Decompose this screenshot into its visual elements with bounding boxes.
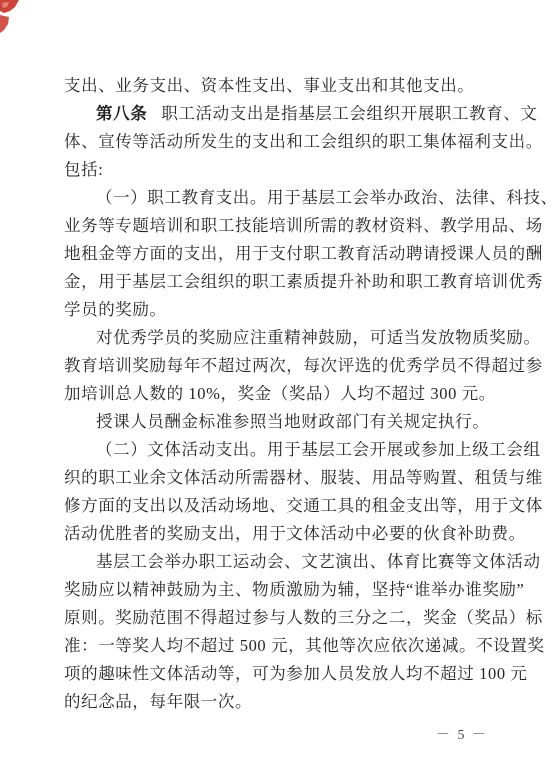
text-line: 项的趣味性文体活动等，可为参加人员发放人均不超过 100 元 [64,660,510,688]
document-body: 支出、业务支出、资本性支出、事业支出和其他支出。 第八条职工活动支出是指基层工会… [64,72,510,716]
text-line-content: 金，用于基层工会组织的职工素质提升补助和职工教育培训优秀 [64,272,543,291]
text-line: 支出、业务支出、资本性支出、事业支出和其他支出。 [64,72,510,100]
article-number: 第八条 [96,104,147,123]
text-line-content: （二）文体活动支出。用于基层工会开展或参加上级工会组 [96,440,541,459]
text-line: （二）文体活动支出。用于基层工会开展或参加上级工会组 [64,436,510,464]
text-line-content: 织的职工业余文体活动所需器材、服装、用品等购置、租赁与维 [64,468,543,487]
text-line: 体、宣传等活动所发生的支出和工会组织的职工集体福利支出。 [64,128,510,156]
text-line: 地租金等方面的支出，用于支付职工教育活动聘请授课人员的酬 [64,240,510,268]
text-line-content: 加培训总人数的 10%，奖金（奖品）人均不超过 300 元。 [64,384,496,403]
text-line-content: 教育培训奖励每年不超过两次，每次评选的优秀学员不得超过参 [64,356,543,375]
text-line-content: 职工活动支出是指基层工会组织开展职工教育、文 [161,104,537,123]
text-line: 的纪念品，每年限一次。 [64,688,510,716]
text-line-content: 支出、业务支出、资本性支出、事业支出和其他支出。 [64,76,474,95]
text-line-content: 准：一等奖人均不超过 500 元，其他等次应依次递减。不设置奖 [64,636,545,655]
text-line: 原则。奖励范围不得超过参与人数的三分之二，奖金（奖品）标 [64,604,510,632]
text-line-content: 奖励应以精神鼓励为主、物质激励为辅，坚持“谁举办谁奖励” [64,580,524,599]
text-line-content: 活动优胜者的奖励支出，用于文体活动中必要的伙食补助费。 [64,524,526,543]
text-line: 基层工会举办职工运动会、文艺演出、体育比赛等文体活动 [64,548,510,576]
text-line: 学员的奖励。 [64,296,510,324]
text-line: 加培训总人数的 10%，奖金（奖品）人均不超过 300 元。 [64,380,510,408]
text-line-content: 项的趣味性文体活动等，可为参加人员发放人均不超过 100 元 [64,664,528,683]
text-line-content: 学员的奖励。 [64,300,167,319]
text-line-content: 原则。奖励范围不得超过参与人数的三分之二，奖金（奖品）标 [64,608,543,627]
text-line: 授课人员酬金标准参照当地财政部门有关规定执行。 [64,408,510,436]
text-line-content: 体、宣传等活动所发生的支出和工会组织的职工集体福利支出。 [64,132,543,151]
text-line: 活动优胜者的奖励支出，用于文体活动中必要的伙食补助费。 [64,520,510,548]
text-line-content: 授课人员酬金标准参照当地财政部门有关规定执行。 [96,412,489,431]
text-line: 第八条职工活动支出是指基层工会组织开展职工教育、文 [64,100,510,128]
text-line-content: （一）职工教育支出。用于基层工会举办政治、法律、科技、 [96,188,554,207]
page-number: － 5 － [436,724,488,744]
text-line-content: 修方面的支出以及活动场地、交通工具的租金支出等，用于文体 [64,496,543,515]
text-line: （一）职工教育支出。用于基层工会举办政治、法律、科技、 [64,184,510,212]
text-line: 包括: [64,156,510,184]
red-seal-fragment-icon [0,0,20,38]
text-line: 对优秀学员的奖励应注重精神鼓励，可适当发放物质奖励。 [64,324,510,352]
text-line: 业务等专题培训和职工技能培训所需的教材资料、教学用品、场 [64,212,510,240]
text-line: 织的职工业余文体活动所需器材、服装、用品等购置、租赁与维 [64,464,510,492]
text-line: 准：一等奖人均不超过 500 元，其他等次应依次递减。不设置奖 [64,632,510,660]
text-line-content: 的纪念品，每年限一次。 [64,692,252,711]
text-line: 修方面的支出以及活动场地、交通工具的租金支出等，用于文体 [64,492,510,520]
text-line-content: 对优秀学员的奖励应注重精神鼓励，可适当发放物质奖励。 [96,328,541,347]
text-line: 奖励应以精神鼓励为主、物质激励为辅，坚持“谁举办谁奖励” [64,576,510,604]
text-line-content: 基层工会举办职工运动会、文艺演出、体育比赛等文体活动 [96,552,541,571]
text-line-content: 地租金等方面的支出，用于支付职工教育活动聘请授课人员的酬 [64,244,543,263]
text-line: 金，用于基层工会组织的职工素质提升补助和职工教育培训优秀 [64,268,510,296]
text-line: 教育培训奖励每年不超过两次，每次评选的优秀学员不得超过参 [64,352,510,380]
text-line-content: 业务等专题培训和职工技能培训所需的教材资料、教学用品、场 [64,216,543,235]
text-line-content: 包括: [64,160,103,179]
document-page: 支出、业务支出、资本性支出、事业支出和其他支出。 第八条职工活动支出是指基层工会… [0,0,554,783]
